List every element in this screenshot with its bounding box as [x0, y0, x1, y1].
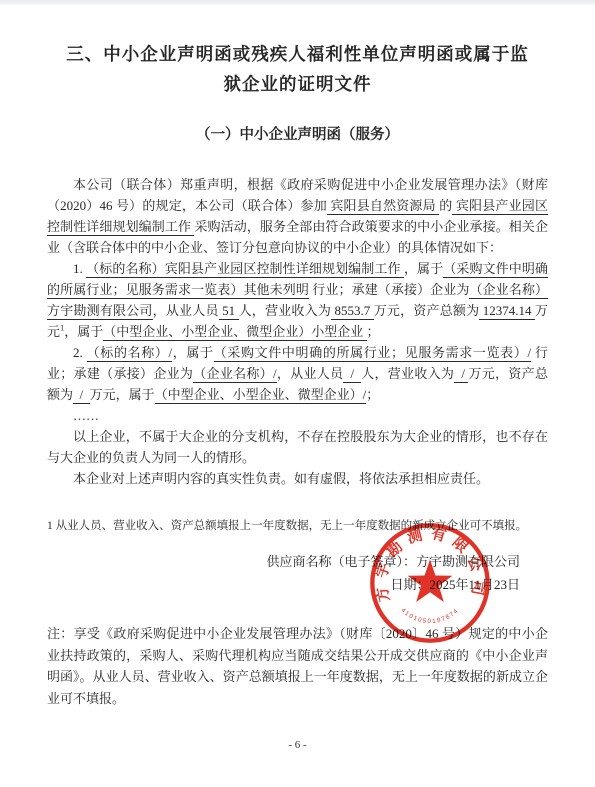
note-paragraph: 注：享受《政府采购促进中小企业发展管理办法》（财库〔2020〕46 号）规定的中… [0, 623, 595, 709]
truthfulness-paragraph: 本企业对上述声明内容的真实性负责。如有虚假，将依法承担相应责任。 [47, 468, 548, 489]
supplier-name-line: 供应商名称（电子签章）：方宇勘测有限公司 [0, 550, 520, 573]
document-page: 三、中小企业声明函或残疾人福利性单位声明函或属于监狱企业的证明文件 （一）中小企… [0, 0, 595, 787]
footnote: 1 从业人员、营业收入、资产总额填报上一年度数据，无上一年度数据的新成立企业可不… [0, 516, 595, 537]
no-large-enterprise-paragraph: 以上企业，不属于大企业的分支机构，不存在控股股东为大企业的情形，也不存在与大企业… [47, 426, 548, 468]
subsection-title: （一）中小企业声明函（服务） [0, 123, 595, 144]
declaration-body: 本公司（联合体）郑重声明，根据《政府采购促进中小企业发展管理办法》（财库（202… [0, 174, 595, 489]
ellipsis-line: …… [47, 405, 548, 426]
date-line: 日期：2025年11月23日 [0, 573, 520, 596]
item-1-paragraph: 1. （标的名称）宾阳县产业园区控制性详细规划编制工作 ，属于（采购文件中明确的… [47, 258, 548, 342]
page-number: - 6 - [0, 739, 595, 751]
declaration-intro-paragraph: 本公司（联合体）郑重声明，根据《政府采购促进中小企业发展管理办法》（财库（202… [47, 174, 548, 258]
scan-edge-strip [0, 0, 595, 5]
section-title: 三、中小企业声明函或残疾人福利性单位声明函或属于监狱企业的证明文件 [0, 39, 595, 99]
signature-block: 供应商名称（电子签章）：方宇勘测有限公司 日期：2025年11月23日 [0, 550, 595, 596]
item-2-paragraph: 2. （标的名称）/，属于（采购文件中明确的所属行业；见服务需求一览表）/ 行业… [47, 342, 548, 405]
